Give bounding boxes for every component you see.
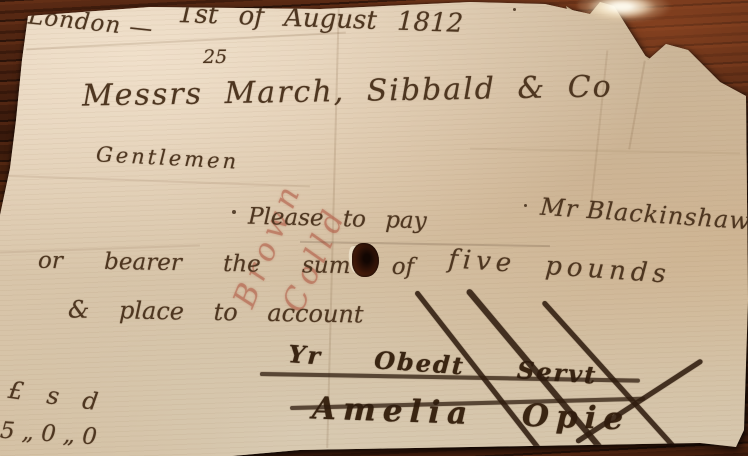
amount-figures: 5 „ 0 „ 0 xyxy=(0,418,98,451)
fold-crease-notch xyxy=(628,61,646,150)
payee-name: Mr Blackinshaw xyxy=(539,193,748,236)
ink-speck xyxy=(513,8,516,11)
account-clause: & place to account xyxy=(68,295,364,328)
paper-shadow-wrap: Brown Colld London — 1st of August 1812 … xyxy=(0,0,748,456)
date-text: 1st of August 1812 xyxy=(178,0,464,39)
fold-crease-middle xyxy=(0,175,310,188)
amount-words: five pounds xyxy=(447,244,672,289)
folio-number: 25 xyxy=(203,46,227,68)
manuscript-paper-sheet: Brown Colld London — 1st of August 1812 … xyxy=(0,0,748,456)
photograph-of-manuscript: Brown Colld London — 1st of August 1812 … xyxy=(0,0,748,456)
fold-crease-top xyxy=(26,32,346,51)
fold-crease-right xyxy=(470,148,740,155)
ink-speck xyxy=(524,204,527,207)
currency-columns: £ s d xyxy=(6,376,99,416)
paper-hole xyxy=(352,243,379,277)
place-text: London — xyxy=(27,4,155,43)
request-phrase: Please to pay xyxy=(248,204,427,235)
closing-text: Yr Obedt Servt xyxy=(287,339,598,390)
addressee-text: Messrs March, Sibbald & Co xyxy=(82,69,613,113)
ink-speck xyxy=(232,210,236,214)
salutation-text: Gentlemen xyxy=(95,142,239,173)
